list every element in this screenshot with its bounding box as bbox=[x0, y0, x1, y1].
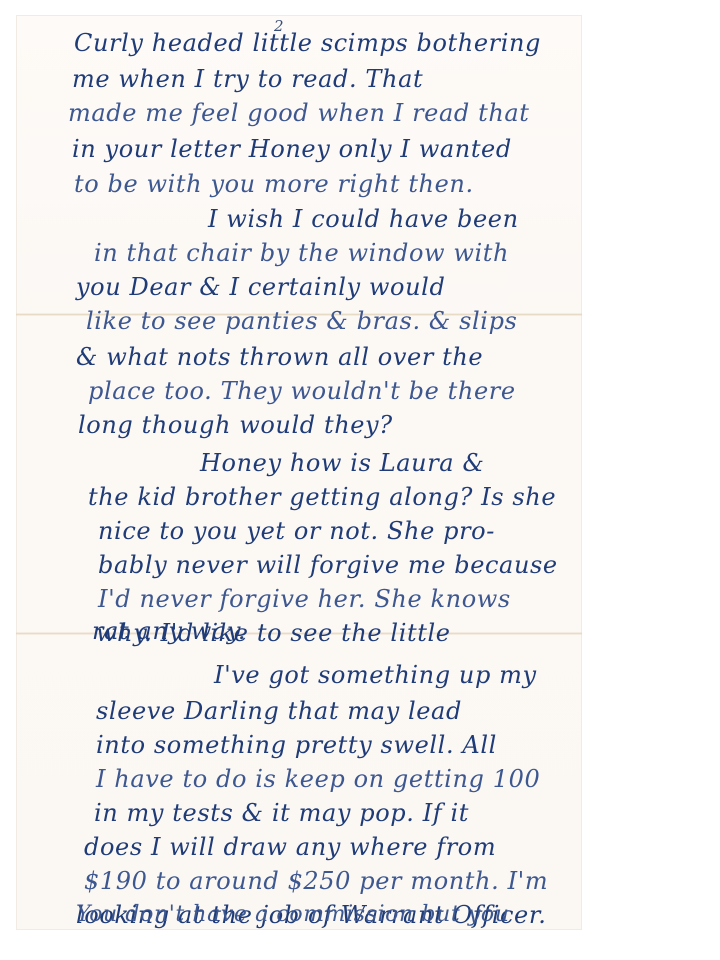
letter-line: $190 to around $250 per month. I'm bbox=[84, 867, 548, 895]
letter-line: in your letter Honey only I wanted bbox=[72, 135, 512, 163]
letter-line: bably never will forgive me because bbox=[98, 551, 558, 579]
letter-line: I'd never forgive her. She knows bbox=[98, 585, 511, 613]
letter-line: sleeve Darling that may lead bbox=[96, 697, 462, 725]
letter-line: place too. They wouldn't be there bbox=[88, 377, 516, 405]
letter-line: like to see panties & bras. & slips bbox=[86, 307, 517, 335]
letter-line: nice to you yet or not. She pro- bbox=[98, 517, 495, 545]
letter-line: me when I try to read. That bbox=[72, 65, 423, 93]
letter-line: into something pretty swell. All bbox=[96, 731, 497, 759]
letter-line: Curly headed little scimps bothering bbox=[74, 29, 541, 57]
letter-line: the kid brother getting along? Is she bbox=[88, 483, 556, 511]
letter-line: I wish I could have been bbox=[208, 205, 519, 233]
letter-line: in my tests & it may pop. If it bbox=[94, 799, 469, 827]
letter-line: Honey how is Laura & bbox=[200, 449, 484, 477]
letter-line: I've got something up my bbox=[214, 661, 537, 689]
letter-line: rat any way. bbox=[92, 617, 246, 645]
letter-line: I have to do is keep on getting 100 bbox=[96, 765, 540, 793]
letter-line: & what nots thrown all over the bbox=[76, 343, 483, 371]
letter-line: You don't have a commission but you bbox=[76, 902, 510, 927]
letter-line: in that chair by the window with bbox=[94, 239, 509, 267]
letter-line: made me feel good when I read that bbox=[68, 99, 530, 127]
letter-line: you Dear & I certainly would bbox=[76, 273, 445, 301]
letter-line: does I will draw any where from bbox=[84, 833, 496, 861]
letter-line: to be with you more right then. bbox=[74, 170, 474, 198]
letter-page: 2 Curly headed little scimps bothering m… bbox=[16, 15, 582, 930]
letter-line: long though would they? bbox=[78, 411, 393, 439]
